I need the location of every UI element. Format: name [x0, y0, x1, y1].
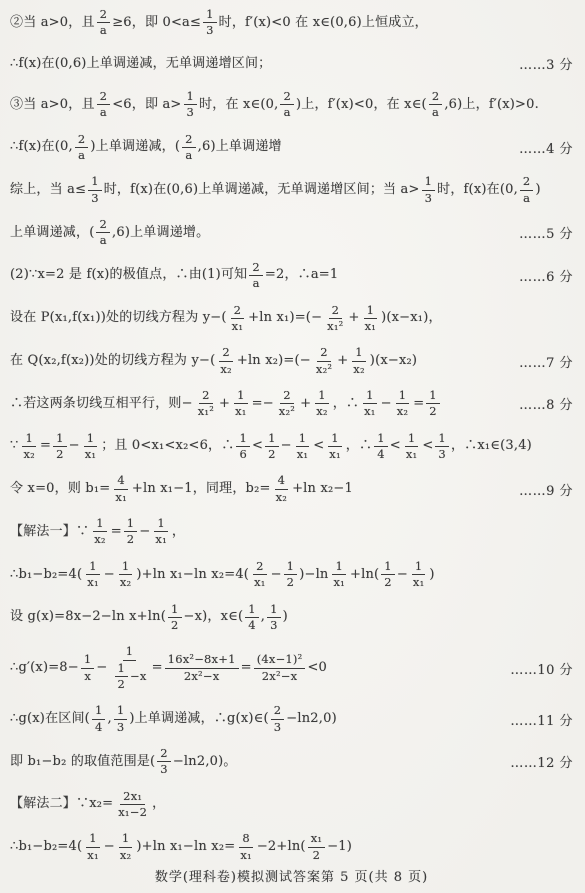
- page-footer: 数学(理科卷)模拟测试答案第 5 页(共 8 页): [10, 862, 573, 887]
- fraction-denominator: 2: [310, 848, 324, 862]
- fraction-numerator: 1: [296, 432, 310, 447]
- fraction-numerator: 1: [168, 603, 182, 618]
- formula-line-content: 【解法一】∵1x₂=12−1x₁，: [10, 517, 573, 546]
- fraction: 1x₁: [84, 832, 102, 861]
- formula-line: ∴b₁−b₂=4(1x₁−1x₂)+ln x₁−ln x₂=8x₁−2+ln(x…: [10, 832, 573, 861]
- fraction-denominator: x₂: [217, 362, 235, 376]
- fraction-numerator: 1: [236, 432, 250, 447]
- fraction-denominator: x₁: [229, 319, 247, 333]
- fraction-numerator: 2: [317, 346, 331, 361]
- fraction-denominator: x₁²: [324, 319, 346, 333]
- formula-line: 综上，当 a≤13时，f(x)在(0,6)上单调递减，无单调递增区间；当 a>1…: [10, 175, 573, 204]
- fraction-numerator: 1: [234, 389, 248, 404]
- formula-text: −: [281, 438, 292, 454]
- fraction-denominator: a: [97, 233, 110, 247]
- fraction: 2x₁x₁−2: [115, 790, 150, 819]
- fraction-denominator: 2: [53, 447, 67, 461]
- fraction: 2x₁²: [324, 304, 346, 333]
- formula-text: +: [337, 353, 348, 369]
- fraction: 13: [184, 90, 198, 119]
- fraction-denominator: x₁: [152, 532, 170, 546]
- fraction: 14: [374, 432, 388, 461]
- score-mark: ……11 分: [510, 710, 573, 729]
- fraction: 1x₂: [350, 346, 368, 375]
- fraction-denominator: x₂: [350, 362, 368, 376]
- formula-text: 时，f′(x)<0 在 x∈(0,6)上恒成立，: [219, 15, 428, 31]
- score-mark: ……9 分: [519, 480, 573, 499]
- fraction-numerator: 1: [93, 517, 107, 532]
- fraction: 16: [236, 432, 250, 461]
- fraction-denominator: x₁: [84, 575, 102, 589]
- fraction-denominator: 3: [422, 191, 436, 205]
- fraction-denominator: 2: [265, 447, 279, 461]
- formula-line: ∴g′(x)=8−1x−112−x=16x²−8x+12x²−x=(4x−1)²…: [10, 645, 573, 691]
- fraction-numerator: 2: [219, 346, 233, 361]
- fraction-numerator: 1: [92, 704, 106, 719]
- fraction-numerator: 1: [328, 432, 342, 447]
- formula-text: <: [422, 438, 433, 454]
- formula-text: ∵: [10, 438, 18, 454]
- fraction-denominator: x₂²: [276, 404, 298, 418]
- fraction-numerator: 1: [422, 175, 436, 190]
- formula-text: ②当 a>0，且: [10, 15, 95, 31]
- fraction-numerator: 2: [96, 218, 110, 233]
- formula-line: 令 x=0，则 b₁=4x₁+ln x₁−1，同理，b₂=4x₂+ln x₂−1…: [10, 474, 573, 503]
- formula-text: 时，f(x)在(0,6)上单调递减，无单调递增区间；当 a>: [104, 182, 420, 198]
- fraction-numerator: 1: [284, 560, 298, 575]
- formula-text: (2)∵x=2 是 f(x)的极值点，∴由(1)可知: [10, 267, 247, 283]
- fraction-denominator: 3: [271, 720, 285, 734]
- fraction: 12: [115, 662, 129, 691]
- formula-text: −: [381, 396, 392, 412]
- fraction-numerator: 4: [275, 474, 289, 489]
- fraction-numerator: 1: [396, 389, 410, 404]
- formula-text: +: [300, 396, 311, 412]
- formula-text: −: [139, 524, 150, 540]
- formula-line: (2)∵x=2 是 f(x)的极值点，∴由(1)可知2a=2，∴a=1……6 分: [10, 261, 573, 290]
- fraction-numerator: 1: [315, 389, 329, 404]
- formula-text: =−: [252, 396, 274, 412]
- fraction-numerator: 1: [124, 517, 138, 532]
- formula-text: ,6)上单调递增。: [112, 225, 209, 241]
- fraction: 13: [88, 175, 102, 204]
- score-mark: ……3 分: [519, 54, 573, 73]
- fraction-numerator: 2: [429, 90, 443, 105]
- formula-line-content: ③当 a>0，且2a<6，即 a>13时，在 x∈(0,2a)上，f′(x)<0…: [10, 90, 573, 119]
- formula-text: ∴f(x)在(0,6)上单调递减，无单调递增区间；: [10, 56, 271, 72]
- formula-line: ∴g(x)在区间(14,13)上单调递减，∴g(x)∈(23−ln2,0)……1…: [10, 704, 573, 733]
- formula-line-content: ∴g(x)在区间(14,13)上单调递减，∴g(x)∈(23−ln2,0): [10, 704, 504, 733]
- fraction: 23: [157, 747, 171, 776]
- fraction: 2x₂: [217, 346, 235, 375]
- fraction-denominator: 3: [157, 762, 171, 776]
- formula-text: )上单调递减，∴g(x)∈(: [129, 711, 268, 727]
- score-mark: ……7 分: [519, 352, 573, 371]
- fraction: 4x₁: [112, 474, 130, 503]
- fraction: 2x₂²: [276, 389, 298, 418]
- fraction-numerator: 1: [426, 389, 440, 404]
- fraction-numerator: 1: [114, 704, 128, 719]
- fraction: 1x₂: [117, 560, 135, 589]
- fraction-numerator: 2: [182, 133, 196, 148]
- formula-text: 【解法二】∵x₂=: [10, 796, 113, 812]
- fraction-denominator: 6: [236, 447, 250, 461]
- formula-line-content: ②当 a>0，且2a≥6，即 0<a≤13时，f′(x)<0 在 x∈(0,6)…: [10, 8, 573, 37]
- formula-text: +: [219, 396, 230, 412]
- fraction: (4x−1)²2x²−x: [254, 653, 306, 682]
- fraction: 12: [265, 432, 279, 461]
- fraction-numerator: 1: [53, 432, 67, 447]
- fraction-numerator: 1: [332, 560, 346, 575]
- fraction-numerator: 1: [81, 653, 95, 668]
- fraction-numerator: 1: [119, 560, 133, 575]
- formula-text: =: [40, 438, 51, 454]
- fraction-numerator: 2: [231, 304, 245, 319]
- fraction-denominator: 2x²−x: [181, 669, 223, 683]
- formula-line: 设在 P(x₁,f(x₁))处的切线方程为 y−(2x₁+ln x₁)=(−2x…: [10, 304, 573, 333]
- fraction-denominator: a: [97, 105, 110, 119]
- formula-text: −1): [327, 839, 352, 855]
- formula-line-content: 设 g(x)=8x−2−ln x+ln(12−x)，x∈(14,13): [10, 603, 573, 632]
- formula-text: )上，f′(x)<0，在 x∈(: [296, 97, 427, 113]
- fraction: 2a: [97, 90, 111, 119]
- formula-text: ≥6，即 0<a≤: [112, 15, 201, 31]
- formula-text: +ln x₁−1，同理，b₂=: [132, 481, 271, 497]
- fraction-denominator: 4: [245, 618, 259, 632]
- fraction-denominator: x₁: [84, 848, 102, 862]
- fraction-denominator: x₂: [273, 490, 291, 504]
- fraction-numerator: 16x²−8x+1: [165, 653, 239, 668]
- fraction-denominator: x₂: [117, 575, 135, 589]
- formula-text: −: [104, 839, 115, 855]
- fraction-numerator: 8: [239, 832, 253, 847]
- fraction: 23: [271, 704, 285, 733]
- fraction: 12: [381, 560, 395, 589]
- formula-line-content: 综上，当 a≤13时，f(x)在(0,6)上单调递减，无单调递增区间；当 a>1…: [10, 175, 573, 204]
- fraction-numerator: (4x−1)²: [254, 653, 306, 668]
- formula-text: −: [271, 567, 282, 583]
- formula-line-content: ∴b₁−b₂=4(1x₁−1x₂)+ln x₁−ln x₂=4(2x₁−12)−…: [10, 560, 573, 589]
- formula-line: ∴若这两条切线互相平行，则−2x₁²+1x₁=−2x₂²+1x₂，∴1x₁−1x…: [10, 389, 573, 418]
- fraction: 14: [245, 603, 259, 632]
- fraction: 1x₂: [20, 432, 38, 461]
- fraction-denominator: x₁: [361, 404, 379, 418]
- formula-line-content: 即 b₁−b₂ 的取值范围是(23−ln2,0)。: [10, 747, 504, 776]
- formula-text: ，∴: [346, 438, 372, 454]
- fraction: 12: [426, 389, 440, 418]
- formula-text: −: [397, 567, 408, 583]
- formula-text: −x)，x∈(: [184, 609, 244, 625]
- formula-text: ): [429, 567, 434, 583]
- fraction: 1x₁: [84, 560, 102, 589]
- formula-text: +: [348, 310, 359, 326]
- fraction-denominator: 2: [426, 404, 440, 418]
- fraction-numerator: 1: [245, 603, 259, 618]
- fraction-denominator: 2: [284, 575, 298, 589]
- fraction: 4x₂: [273, 474, 291, 503]
- formula-text: −2+ln(: [257, 839, 306, 855]
- fraction: 13: [435, 432, 449, 461]
- fraction-denominator: a: [429, 105, 442, 119]
- fraction: 1x₁: [403, 432, 421, 461]
- fraction: 1x₂: [91, 517, 109, 546]
- formula-line: ∵1x₂=12−1x₁；且 0<x₁<x₂<6，∴16<12−1x₁<1x₁，∴…: [10, 432, 573, 461]
- fraction-denominator: x₁: [362, 319, 380, 333]
- fraction-denominator: 3: [267, 618, 281, 632]
- formula-text: ，: [152, 796, 165, 812]
- score-mark: ……12 分: [510, 752, 573, 771]
- formula-text: −ln2,0): [286, 711, 337, 727]
- fraction: 1x₁: [82, 432, 100, 461]
- formula-text: ③当 a>0，且: [10, 97, 95, 113]
- fraction-denominator: 3: [435, 447, 449, 461]
- formula-text: ，∴: [333, 396, 359, 412]
- fraction: 2a: [280, 90, 294, 119]
- fraction: 12: [124, 517, 138, 546]
- fraction-denominator: 3: [203, 23, 217, 37]
- fraction-numerator: 2: [75, 133, 89, 148]
- fraction-denominator: 2: [168, 618, 182, 632]
- formula-text: 上单调递减，(: [10, 225, 94, 241]
- formula-line-content: ∴f(x)在(0,6)上单调递减，无单调递增区间；: [10, 56, 513, 72]
- formula-text: )上单调递减，(: [90, 139, 180, 155]
- formula-text: <6，即 a>: [112, 97, 181, 113]
- fraction-denominator: x₁: [112, 490, 130, 504]
- fraction-numerator: 2: [199, 389, 213, 404]
- fraction-denominator: x₁: [403, 447, 421, 461]
- formula-text: )+ln x₁−ln x₂=4(: [136, 567, 249, 583]
- formula-line: 上单调递减，(2a,6)上单调递增。……5 分: [10, 218, 573, 247]
- formula-text: 时，f(x)在(0,: [437, 182, 518, 198]
- formula-text: 在 Q(x₂,f(x₂))处的切线方程为 y−(: [10, 353, 215, 369]
- fraction: 2a: [75, 133, 89, 162]
- formula-text: )(x−x₂): [370, 353, 417, 369]
- fraction-denominator: 2: [124, 532, 138, 546]
- fraction-numerator: 2: [520, 175, 534, 190]
- fraction-numerator: 1: [435, 432, 449, 447]
- fraction: 2x₁: [251, 560, 269, 589]
- formula-text: 【解法一】∵: [10, 524, 89, 540]
- fraction-numerator: 2: [97, 8, 111, 23]
- fraction-numerator: 1: [265, 432, 279, 447]
- formula-text: =: [152, 660, 163, 676]
- formula-text: =2，∴a=1: [265, 267, 338, 283]
- fraction: 1x₁: [294, 432, 312, 461]
- fraction: 8x₁: [237, 832, 255, 861]
- formula-text: ,6)上单调递增: [198, 139, 282, 155]
- fraction-denominator: a: [281, 105, 294, 119]
- fraction-numerator: 2: [329, 304, 343, 319]
- fraction: 1x₂: [313, 389, 331, 418]
- fraction-numerator: 1: [123, 645, 137, 660]
- formula-line-content: 【解法二】∵x₂=2x₁x₁−2，: [10, 790, 573, 819]
- formula-text: =: [111, 524, 122, 540]
- fraction: 13: [422, 175, 436, 204]
- fraction: 1x₂: [394, 389, 412, 418]
- fraction-denominator: 2x²−x: [259, 669, 301, 683]
- fraction-denominator: x₂: [313, 404, 331, 418]
- formula-line: ③当 a>0，且2a<6，即 a>13时，在 x∈(0,2a)上，f′(x)<0…: [10, 90, 573, 119]
- formula-line: 设 g(x)=8x−2−ln x+ln(12−x)，x∈(14,13): [10, 603, 573, 632]
- fraction-denominator: x₁−2: [115, 805, 150, 819]
- formula-text: 即 b₁−b₂ 的取值范围是(: [10, 754, 155, 770]
- formula-text: <0: [307, 660, 327, 676]
- fraction: 1x₁: [152, 517, 170, 546]
- formula-text: <: [390, 438, 401, 454]
- formula-text: −: [104, 567, 115, 583]
- fraction: 1x₁: [410, 560, 428, 589]
- formula-line-content: (2)∵x=2 是 f(x)的极值点，∴由(1)可知2a=2，∴a=1: [10, 261, 513, 290]
- fraction-numerator: 1: [115, 662, 129, 677]
- fraction: 1x: [81, 653, 95, 682]
- formula-line: 【解法二】∵x₂=2x₁x₁−2，: [10, 790, 573, 819]
- formula-line: 即 b₁−b₂ 的取值范围是(23−ln2,0)。……12 分: [10, 747, 573, 776]
- formula-line: ∴b₁−b₂=4(1x₁−1x₂)+ln x₁−ln x₂=4(2x₁−12)−…: [10, 560, 573, 589]
- fraction-denominator: x₁: [232, 404, 250, 418]
- fraction: x₁2: [308, 832, 326, 861]
- formula-text: +ln x₁)=(−: [248, 310, 322, 326]
- formula-text: ∴g(x)在区间(: [10, 711, 90, 727]
- formula-line-content: ∴f(x)在(0,2a)上单调递减，(2a,6)上单调递增: [10, 133, 513, 162]
- formula-line-content: 令 x=0，则 b₁=4x₁+ln x₁−1，同理，b₂=4x₂+ln x₂−1: [10, 474, 513, 503]
- fraction-numerator: 2: [280, 90, 294, 105]
- fraction-numerator: 2: [249, 261, 263, 276]
- fraction-denominator: x₁: [237, 848, 255, 862]
- formula-text: ∴若这两条切线互相平行，则−: [10, 396, 193, 412]
- formula-line-content: ∴b₁−b₂=4(1x₁−1x₂)+ln x₁−ln x₂=8x₁−2+ln(x…: [10, 832, 573, 861]
- formula-text: +ln x₂)=(−: [237, 353, 311, 369]
- fraction-numerator: 1: [86, 560, 100, 575]
- fraction-denominator: 4: [374, 447, 388, 461]
- score-mark: ……6 分: [519, 266, 573, 285]
- fraction-numerator: 1: [86, 832, 100, 847]
- formula-text: 综上，当 a≤: [10, 182, 86, 198]
- formula-text: +ln(: [350, 567, 379, 583]
- formula-line-content: ∴g′(x)=8−1x−112−x=16x²−8x+12x²−x=(4x−1)²…: [10, 645, 504, 691]
- fraction: 1x₁: [326, 432, 344, 461]
- formula-text: ): [535, 182, 540, 198]
- formula-line: 【解法一】∵1x₂=12−1x₁，: [10, 517, 573, 546]
- fraction-numerator: 2: [97, 90, 111, 105]
- fraction: 112−x: [110, 645, 150, 691]
- formula-line-content: 在 Q(x₂,f(x₂))处的切线方程为 y−(2x₂+ln x₂)=(−2x₂…: [10, 346, 513, 375]
- formula-text: 设在 P(x₁,f(x₁))处的切线方程为 y−(: [10, 310, 227, 326]
- formula-text: )−ln: [299, 567, 328, 583]
- fraction-numerator: 1: [84, 432, 98, 447]
- formula-text: <: [252, 438, 263, 454]
- formula-line: ∴f(x)在(0,2a)上单调递减，(2a,6)上单调递增……4 分: [10, 133, 573, 162]
- fraction-numerator: 1: [267, 603, 281, 618]
- fraction: 2a: [429, 90, 443, 119]
- formula-text: −: [69, 438, 80, 454]
- formula-text: ,: [261, 609, 265, 625]
- fraction-numerator: 1: [381, 560, 395, 575]
- fraction-numerator: 1: [352, 346, 366, 361]
- formula-line-content: ∴若这两条切线互相平行，则−2x₁²+1x₁=−2x₂²+1x₂，∴1x₁−1x…: [10, 389, 513, 418]
- fraction: 2x₂²: [313, 346, 335, 375]
- fraction-denominator: 3: [184, 105, 198, 119]
- formula-text: ，: [172, 524, 185, 540]
- fraction-numerator: 1: [88, 175, 102, 190]
- fraction: 12: [168, 603, 182, 632]
- fraction-numerator: 1: [412, 560, 426, 575]
- fraction-denominator: 3: [114, 720, 128, 734]
- scanned-answer-page: ②当 a>0，且2a≥6，即 0<a≤13时，f′(x)<0 在 x∈(0,6)…: [0, 0, 585, 893]
- fraction: 2x₁: [229, 304, 247, 333]
- formula-line: ∴f(x)在(0,6)上单调递减，无单调递增区间；……3 分: [10, 51, 573, 77]
- fraction-numerator: 1: [119, 832, 133, 847]
- fraction: 1x₁: [232, 389, 250, 418]
- fraction-numerator: 2: [253, 560, 267, 575]
- fraction-denominator: x₁: [410, 575, 428, 589]
- fraction: 2a: [249, 261, 263, 290]
- fraction: 1x₁: [362, 304, 380, 333]
- formula-text: +ln x₂−1: [292, 481, 353, 497]
- fraction-numerator: 2: [157, 747, 171, 762]
- fraction-denominator: x₁: [82, 447, 100, 461]
- formula-line-content: 设在 P(x₁,f(x₁))处的切线方程为 y−(2x₁+ln x₁)=(−2x…: [10, 304, 573, 333]
- formula-line-content: 上单调递减，(2a,6)上单调递增。: [10, 218, 513, 247]
- formula-text: 令 x=0，则 b₁=: [10, 481, 110, 497]
- fraction-denominator: a: [250, 276, 263, 290]
- fraction-denominator: a: [182, 148, 195, 162]
- fraction-denominator: x₂: [20, 447, 38, 461]
- formula-text: ∴b₁−b₂=4(: [10, 567, 82, 583]
- fraction-denominator: x₁: [331, 575, 349, 589]
- fraction: 2a: [96, 218, 110, 247]
- fraction-numerator: 1: [154, 517, 168, 532]
- fraction-denominator: x₂: [394, 404, 412, 418]
- fraction: 1x₂: [117, 832, 135, 861]
- fraction-denominator: 2: [381, 575, 395, 589]
- fraction: 1x₁: [331, 560, 349, 589]
- formula-line: 在 Q(x₂,f(x₂))处的切线方程为 y−(2x₂+ln x₂)=(−2x₂…: [10, 346, 573, 375]
- formula-text: −ln2,0)。: [173, 754, 237, 770]
- formula-text: ,: [107, 711, 111, 727]
- formula-line-content: ∵1x₂=12−1x₁；且 0<x₁<x₂<6，∴16<12−1x₁<1x₁，∴…: [10, 432, 573, 461]
- fraction-denominator: 3: [88, 191, 102, 205]
- formula-text: ；且 0<x₁<x₂<6，∴: [101, 438, 234, 454]
- formula-text: )+ln x₁−ln x₂=: [136, 839, 235, 855]
- formula-text: 设 g(x)=8x−2−ln x+ln(: [10, 609, 166, 625]
- fraction-denominator: x₁: [294, 447, 312, 461]
- fraction: 12: [53, 432, 67, 461]
- fraction: 12: [284, 560, 298, 589]
- fraction-denominator: x₁: [326, 447, 344, 461]
- fraction: 2a: [520, 175, 534, 204]
- fraction: 2x₁²: [195, 389, 217, 418]
- score-mark: ……8 分: [519, 394, 573, 413]
- fraction: 14: [92, 704, 106, 733]
- fraction-denominator: 12−x: [110, 661, 150, 691]
- formula-text: ,6)上，f′(x)>0.: [444, 97, 539, 113]
- fraction-denominator: x₂: [91, 532, 109, 546]
- formula-text: =: [241, 660, 252, 676]
- score-mark: ……4 分: [519, 138, 573, 157]
- fraction-numerator: 2: [271, 704, 285, 719]
- fraction-numerator: 1: [405, 432, 419, 447]
- fraction-denominator: x₁: [251, 575, 269, 589]
- fraction-numerator: 2x₁: [120, 790, 145, 805]
- score-mark: ……5 分: [519, 223, 573, 242]
- formula-line: ②当 a>0，且2a≥6，即 0<a≤13时，f′(x)<0 在 x∈(0,6)…: [10, 8, 573, 37]
- formula-text: −x: [130, 670, 147, 683]
- formula-text: ): [283, 609, 288, 625]
- fraction: 2a: [182, 133, 196, 162]
- fraction-denominator: 4: [92, 720, 106, 734]
- fraction-denominator: 2: [115, 677, 129, 691]
- fraction-numerator: 1: [184, 90, 198, 105]
